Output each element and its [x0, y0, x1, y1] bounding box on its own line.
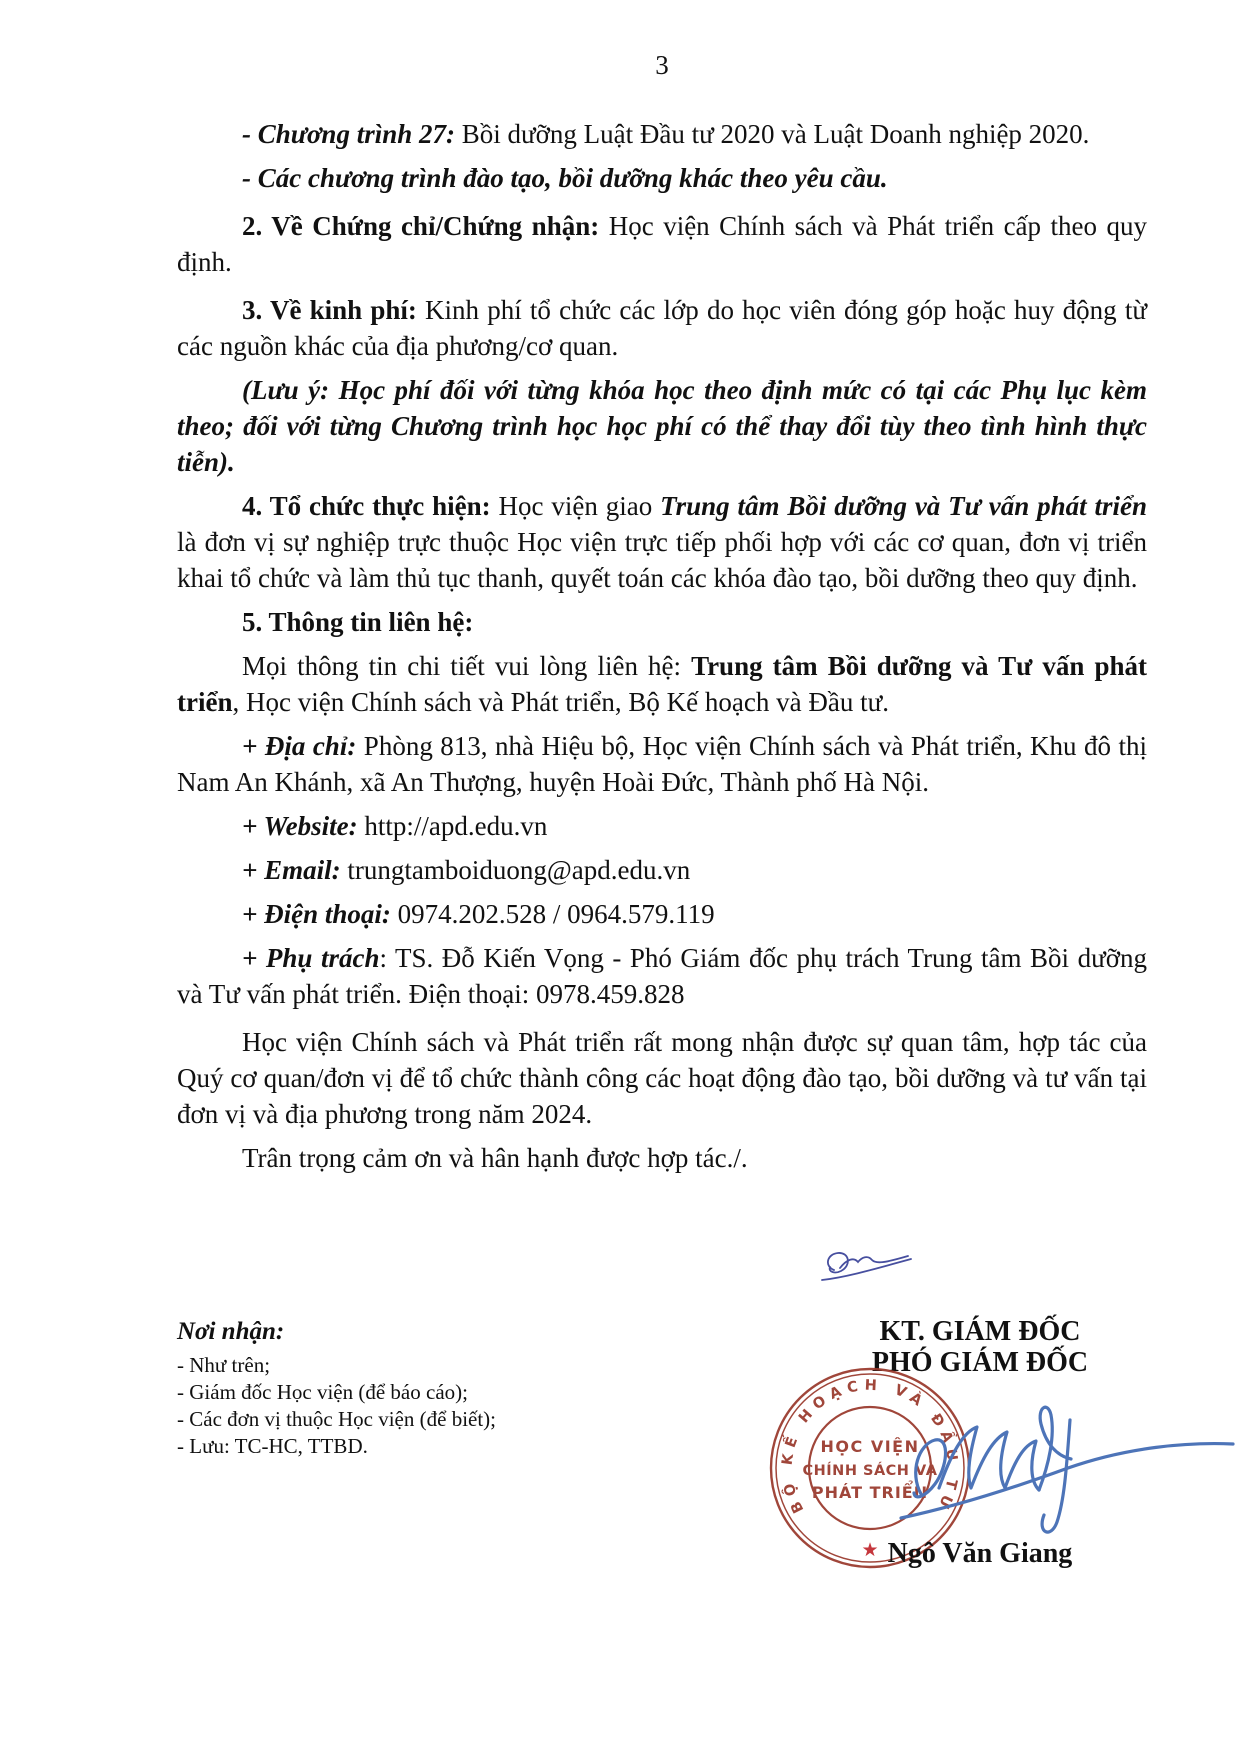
initial-signature-ink — [818, 1246, 918, 1288]
text-run: 4. Tổ chức thực hiện: — [242, 491, 499, 521]
signature-ink — [893, 1398, 1238, 1538]
phone-numbers: 0974.202.528 / 0964.579.119 — [398, 899, 715, 929]
text-run: + Địa chỉ: — [242, 731, 364, 761]
text-run: Trân trọng cảm ơn và hân hạnh được hợp t… — [242, 1143, 748, 1173]
text-run: Mọi thông tin chi tiết vui lòng liên hệ: — [242, 651, 691, 681]
paragraph-contact-intro: Mọi thông tin chi tiết vui lòng liên hệ:… — [177, 648, 1147, 720]
paragraph-contact-heading: 5. Thông tin liên hệ: — [177, 604, 1147, 640]
signer-name: Ngô Văn Giang — [808, 1538, 1152, 1570]
paragraph-thanks: Trân trọng cảm ơn và hân hạnh được hợp t… — [177, 1140, 1147, 1176]
text-run: Học viện giao — [499, 491, 661, 521]
paragraph-in-charge: + Phụ trách: TS. Đỗ Kiến Vọng - Phó Giám… — [177, 940, 1147, 1012]
text-run: + Website: — [242, 811, 364, 841]
text-run: - Các chương trình đào tạo, bồi dưỡng kh… — [242, 163, 888, 193]
recipients-block: Nơi nhận: - Như trên; - Giám đốc Học việ… — [177, 1318, 607, 1460]
website-url: http://apd.edu.vn — [364, 811, 547, 841]
text-run: + Email: — [242, 855, 347, 885]
text-run: 2. Về Chứng chỉ/Chứng nhận: — [242, 211, 609, 241]
text-run: Trung tâm Bồi dưỡng và Tư vấn phát triển — [660, 491, 1147, 521]
text-run: + Điện thoại: — [242, 899, 398, 929]
document-page: 3 - Chương trình 27: Bồi dưỡng Luật Đầu … — [0, 0, 1241, 1755]
document-body: - Chương trình 27: Bồi dưỡng Luật Đầu tư… — [177, 110, 1147, 1184]
paragraph-phone: + Điện thoại: 0974.202.528 / 0964.579.11… — [177, 896, 1147, 932]
paragraph-funding: 3. Về kinh phí: Kinh phí tổ chức các lớp… — [177, 292, 1147, 364]
text-run: (Lưu ý: Học phí đối với từng khóa học th… — [177, 375, 1147, 477]
paragraph-email: + Email: trungtamboiduong@apd.edu.vn — [177, 852, 1147, 888]
text-run: 3. Về kinh phí: — [242, 295, 425, 325]
paragraph-certificate: 2. Về Chứng chỉ/Chứng nhận: Học viện Chí… — [177, 208, 1147, 280]
paragraph-website: + Website: http://apd.edu.vn — [177, 808, 1147, 844]
recipient-item: - Các đơn vị thuộc Học viện (để biết); — [177, 1406, 607, 1433]
signer-position-kt: KT. GIÁM ĐỐC — [808, 1316, 1152, 1347]
recipient-item: - Giám đốc Học viện (để báo cáo); — [177, 1379, 607, 1406]
paragraph-address: + Địa chỉ: Phòng 813, nhà Hiệu bộ, Học v… — [177, 728, 1147, 800]
text-run: 5. Thông tin liên hệ: — [242, 607, 473, 637]
paragraph-program-27: - Chương trình 27: Bồi dưỡng Luật Đầu tư… — [177, 116, 1147, 152]
paragraph-other-programs: - Các chương trình đào tạo, bồi dưỡng kh… — [177, 160, 1147, 196]
paragraph-closing: Học viện Chính sách và Phát triển rất mo… — [177, 1024, 1147, 1132]
text-run: - Chương trình 27: — [242, 119, 462, 149]
recipient-item: - Lưu: TC-HC, TTBD. — [177, 1433, 607, 1460]
page-number: 3 — [177, 50, 1147, 81]
paragraph-implementation: 4. Tổ chức thực hiện: Học viện giao Trun… — [177, 488, 1147, 596]
recipients-title: Nơi nhận: — [177, 1318, 607, 1346]
recipient-item: - Như trên; — [177, 1352, 607, 1379]
text-run: Bồi dưỡng Luật Đầu tư 2020 và Luật Doanh… — [462, 119, 1090, 149]
text-run: , Học viện Chính sách và Phát triển, Bộ … — [232, 687, 888, 717]
text-run: là đơn vị sự nghiệp trực thuộc Học viện … — [177, 527, 1147, 593]
text-run: Học viện Chính sách và Phát triển rất mo… — [177, 1027, 1147, 1129]
text-run: + Phụ trách — [242, 943, 379, 973]
email-address: trungtamboiduong@apd.edu.vn — [347, 855, 690, 885]
paragraph-note: (Lưu ý: Học phí đối với từng khóa học th… — [177, 372, 1147, 480]
